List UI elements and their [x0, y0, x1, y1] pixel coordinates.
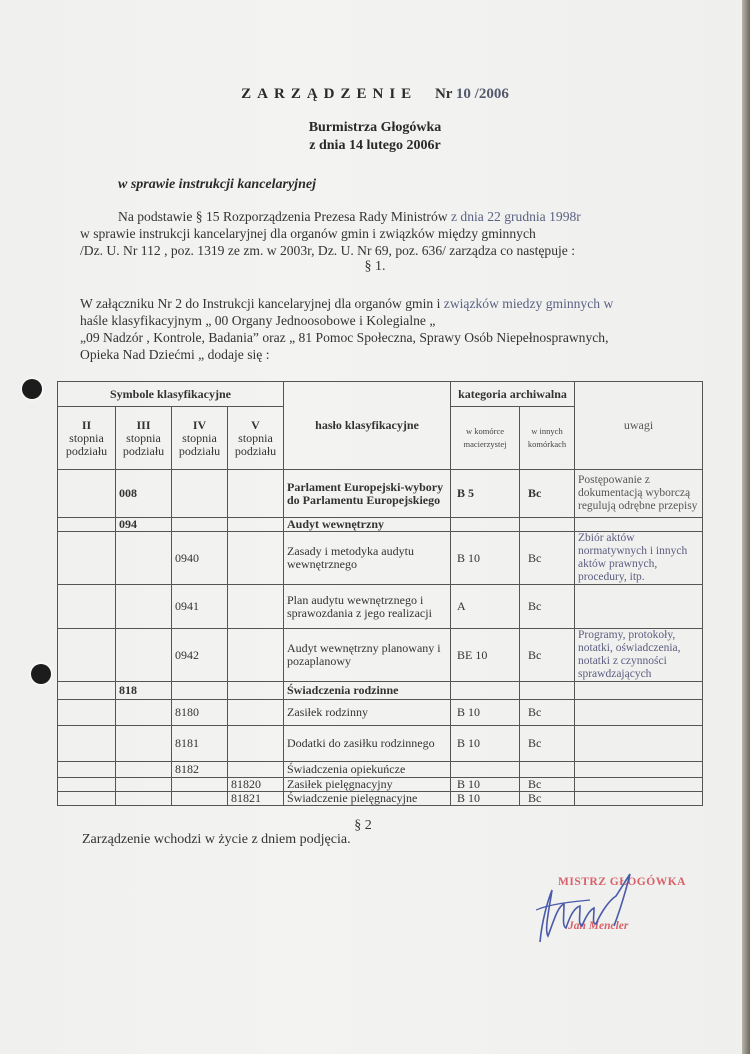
cell-iv — [172, 518, 228, 532]
cell-iv: 8180 — [172, 700, 228, 726]
cell-iii — [116, 792, 172, 806]
cell-iii — [116, 532, 172, 585]
cell-kat-m: B 10 — [451, 532, 520, 585]
cell-iii — [116, 726, 172, 762]
cell-iv: 0940 — [172, 532, 228, 585]
cell-iv — [172, 792, 228, 806]
cell-iv: 8182 — [172, 762, 228, 778]
table-row: 0941Plan audytu wewnętrznego i sprawozda… — [58, 585, 703, 629]
cell-haslo: Audyt wewnętrzny — [284, 518, 451, 532]
cell-iv — [172, 682, 228, 700]
preamble-line-3: /Dz. U. Nr 112 , poz. 1319 ze zm. w 2003… — [80, 242, 700, 259]
cell-iii — [116, 778, 172, 792]
document-date: z dnia 14 lutego 2006r — [0, 138, 750, 154]
cell-v — [228, 532, 284, 585]
cell-v — [228, 585, 284, 629]
scanned-page: ZARZĄDZENIE Nr 10 /2006 Burmistrza Głogó… — [0, 0, 750, 1054]
table-row: 8182Świadczenia opiekuńcze — [58, 762, 703, 778]
cell-haslo: Audyt wewnętrzny planowany i pozaplanowy — [284, 629, 451, 682]
official-stamp: MISTRZ GŁOGÓWKA Jan Mencler — [530, 870, 720, 950]
document-subject: w sprawie instrukcji kancelaryjnej — [118, 177, 316, 193]
cell-kat-i: Bc — [520, 726, 575, 762]
cell-haslo: Plan audytu wewnętrznego i sprawozdania … — [284, 585, 451, 629]
cell-v: 81821 — [228, 792, 284, 806]
cell-ii — [58, 532, 116, 585]
cell-ii — [58, 629, 116, 682]
cell-haslo: Świadczenia opiekuńcze — [284, 762, 451, 778]
punch-hole-bottom — [31, 664, 51, 684]
header-level-ii: IIstopniapodziału — [58, 407, 116, 470]
cell-kat-m: BE 10 — [451, 629, 520, 682]
cell-uwagi — [575, 585, 703, 629]
cell-iii: 094 — [116, 518, 172, 532]
header-level-iv: IVstopniapodziału — [172, 407, 228, 470]
table-row: 0942Audyt wewnętrzny planowany i pozapla… — [58, 629, 703, 682]
cell-kat-m: A — [451, 585, 520, 629]
header-kategoria: kategoria archiwalna — [451, 382, 575, 407]
cell-kat-i: Bc — [520, 629, 575, 682]
title-nr-value: 10 /2006 — [456, 86, 509, 102]
cell-haslo: Zasady i metodyka audytu wewnętrznego — [284, 532, 451, 585]
paragraph-1-line-1: W załączniku Nr 2 do Instrukcji kancelar… — [80, 295, 700, 312]
title-word: ZARZĄDZENIE — [241, 86, 417, 102]
cell-iii: 818 — [116, 682, 172, 700]
cell-uwagi — [575, 518, 703, 532]
cell-ii — [58, 682, 116, 700]
cell-kat-i — [520, 762, 575, 778]
title-nr-label: Nr — [435, 86, 452, 102]
cell-v — [228, 518, 284, 532]
table-row: 0940Zasady i metodyka audytu wewnętrzneg… — [58, 532, 703, 585]
cell-uwagi — [575, 682, 703, 700]
cell-v — [228, 682, 284, 700]
cell-kat-m: B 10 — [451, 726, 520, 762]
header-uwagi: uwagi — [575, 382, 703, 470]
cell-iv: 8181 — [172, 726, 228, 762]
cell-kat-m — [451, 682, 520, 700]
cell-v — [228, 629, 284, 682]
cell-kat-i: Bc — [520, 792, 575, 806]
final-provision: Zarządzenie wchodzi w życie z dniem podj… — [82, 832, 351, 848]
table-row: 8181Dodatki do zasiłku rodzinnegoB 10Bc — [58, 726, 703, 762]
cell-haslo: Świadczenia rodzinne — [284, 682, 451, 700]
header-kat-macierzysta: w komórce macierzystej — [451, 407, 520, 470]
document-title: ZARZĄDZENIE Nr 10 /2006 — [0, 86, 750, 103]
paragraph-1-line-4: Opieka Nad Dziećmi „ dodaje się : — [80, 346, 700, 363]
cell-uwagi: Programy, protokoły, notatki, oświadczen… — [575, 629, 703, 682]
punch-hole-top — [22, 379, 42, 399]
cell-ii — [58, 470, 116, 518]
cell-ii — [58, 778, 116, 792]
header-level-v: Vstopniapodziału — [228, 407, 284, 470]
cell-iii — [116, 585, 172, 629]
preamble: Na podstawie § 15 Rozporządzenia Prezesa… — [80, 208, 700, 259]
cell-ii — [58, 762, 116, 778]
cell-kat-i: Bc — [520, 700, 575, 726]
cell-uwagi — [575, 726, 703, 762]
cell-v — [228, 470, 284, 518]
issuer: Burmistrza Głogówka — [0, 120, 750, 136]
classification-table: Symbole klasyfikacyjne hasło klasyfikacy… — [57, 381, 703, 806]
cell-iv: 0942 — [172, 629, 228, 682]
cell-kat-i — [520, 518, 575, 532]
header-haslo: hasło klasyfikacyjne — [284, 382, 451, 470]
table-row: 094Audyt wewnętrzny — [58, 518, 703, 532]
cell-iii: 008 — [116, 470, 172, 518]
cell-uwagi — [575, 700, 703, 726]
cell-haslo: Świadczenie pielęgnacyjne — [284, 792, 451, 806]
cell-kat-i: Bc — [520, 778, 575, 792]
cell-v — [228, 762, 284, 778]
cell-ii — [58, 700, 116, 726]
cell-kat-i: Bc — [520, 585, 575, 629]
cell-haslo: Zasiłek rodzinny — [284, 700, 451, 726]
cell-ii — [58, 792, 116, 806]
cell-iii — [116, 629, 172, 682]
cell-kat-i: Bc — [520, 532, 575, 585]
page-edge-shadow — [742, 0, 750, 1054]
signature-icon — [530, 870, 720, 950]
cell-v — [228, 700, 284, 726]
preamble-line-2: w sprawie instrukcji kancelaryjnej dla o… — [80, 225, 700, 242]
paragraph-1-line-2: haśle klasyfikacyjnym „ 00 Organy Jednoo… — [80, 312, 700, 329]
cell-v — [228, 726, 284, 762]
cell-ii — [58, 585, 116, 629]
cell-kat-m: B 10 — [451, 792, 520, 806]
cell-kat-m — [451, 762, 520, 778]
table-row: 8180Zasiłek rodzinnyB 10Bc — [58, 700, 703, 726]
header-symbole: Symbole klasyfikacyjne — [58, 382, 284, 407]
cell-iv — [172, 470, 228, 518]
cell-uwagi — [575, 778, 703, 792]
cell-kat-i — [520, 682, 575, 700]
table-row: 818Świadczenia rodzinne — [58, 682, 703, 700]
table-row: 81821Świadczenie pielęgnacyjneB 10Bc — [58, 792, 703, 806]
cell-uwagi — [575, 792, 703, 806]
cell-ii — [58, 518, 116, 532]
cell-kat-m: B 10 — [451, 778, 520, 792]
paragraph-1-line-3: „09 Nadzór , Kontrole, Badania” oraz „ 8… — [80, 329, 700, 346]
cell-kat-m: B 10 — [451, 700, 520, 726]
cell-ii — [58, 726, 116, 762]
header-level-iii: IIIstopniapodziału — [116, 407, 172, 470]
cell-kat-m — [451, 518, 520, 532]
cell-iii — [116, 700, 172, 726]
cell-kat-m: B 5 — [451, 470, 520, 518]
cell-v: 81820 — [228, 778, 284, 792]
cell-haslo: Dodatki do zasiłku rodzinnego — [284, 726, 451, 762]
cell-iii — [116, 762, 172, 778]
cell-kat-i: Bc — [520, 470, 575, 518]
table-row: 81820Zasiłek pielęgnacyjnyB 10Bc — [58, 778, 703, 792]
cell-iv — [172, 778, 228, 792]
header-kat-inne: w innych komórkach — [520, 407, 575, 470]
cell-uwagi: Postępowanie z dokumentacją wyborczą reg… — [575, 470, 703, 518]
cell-uwagi — [575, 762, 703, 778]
cell-haslo: Parlament Europejski-wybory do Parlament… — [284, 470, 451, 518]
cell-haslo: Zasiłek pielęgnacyjny — [284, 778, 451, 792]
cell-iv: 0941 — [172, 585, 228, 629]
table-row: 008Parlament Europejski-wybory do Parlam… — [58, 470, 703, 518]
section-1-heading: § 1. — [0, 259, 750, 275]
preamble-line-1: Na podstawie § 15 Rozporządzenia Prezesa… — [80, 208, 700, 225]
paragraph-1: W załączniku Nr 2 do Instrukcji kancelar… — [80, 295, 700, 363]
cell-uwagi: Zbiór aktów normatywnych i innych aktów … — [575, 532, 703, 585]
